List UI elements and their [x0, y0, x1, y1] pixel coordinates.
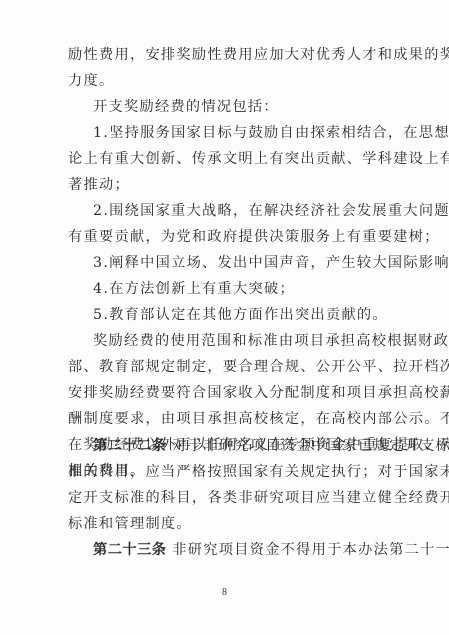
text-line: 1.坚持服务国家目标与鼓励自由探索相结合，在思想理 — [93, 124, 382, 142]
text-line: 5.教育部认定在其他方面作出突出贡献的。 — [93, 306, 382, 324]
text-line: 酬制度要求，由项目承担高校核定，在高校内部公示。不得 — [68, 410, 382, 428]
text-line: 部、教育部规定制定，要合理合规、公开公平、拉开档次。 — [68, 358, 382, 376]
article-22-line-1: 第二十二条 对于非研究项目资金中国家已规定开支标 — [93, 437, 382, 455]
text-line: 2.围绕国家重大战略，在解决经济社会发展重大问题上 — [93, 202, 382, 220]
text-line: 著推动； — [68, 176, 382, 194]
article-22-line-2: 准的科目，应当严格按照国家有关规定执行；对于国家未规 — [68, 463, 382, 481]
article-22-line-3: 定开支标准的科目，各类非研究项目应当建立健全经费开支 — [68, 489, 382, 507]
article-22-heading: 第二十二条 — [93, 438, 166, 454]
text-line: 励性费用，安排奖励性费用应加大对优秀人才和成果的奖励 — [68, 46, 382, 64]
document-page: 励性费用，安排奖励性费用应加大对优秀人才和成果的奖励力度。开支奖励经费的情况包括… — [0, 0, 449, 635]
text-line: 安排奖励经费要符合国家收入分配制度和项目承担高校薪 — [68, 384, 382, 402]
text-line: 力度。 — [68, 72, 382, 90]
text-line: 3.阐释中国立场、发出中国声音，产生较大国际影响； — [93, 254, 382, 272]
page-number: 8 — [0, 587, 449, 598]
text-line: 4.在方法创新上有重大突破； — [93, 280, 382, 298]
text-line: 奖励经费的使用范围和标准由项目承担高校根据财政 — [93, 332, 382, 350]
article-23-line-1: 第二十三条 非研究项目资金不得用于本办法第二十一 — [93, 541, 382, 559]
text-line: 论上有重大创新、传承文明上有突出贡献、学科建设上有显 — [68, 150, 382, 168]
text-line: 开支奖励经费的情况包括： — [93, 98, 382, 116]
text-line: 有重要贡献，为党和政府提供决策服务上有重要建树； — [68, 228, 382, 246]
article-23-heading: 第二十三条 — [93, 542, 166, 558]
article-22-line-4: 标准和管理制度。 — [68, 515, 382, 533]
